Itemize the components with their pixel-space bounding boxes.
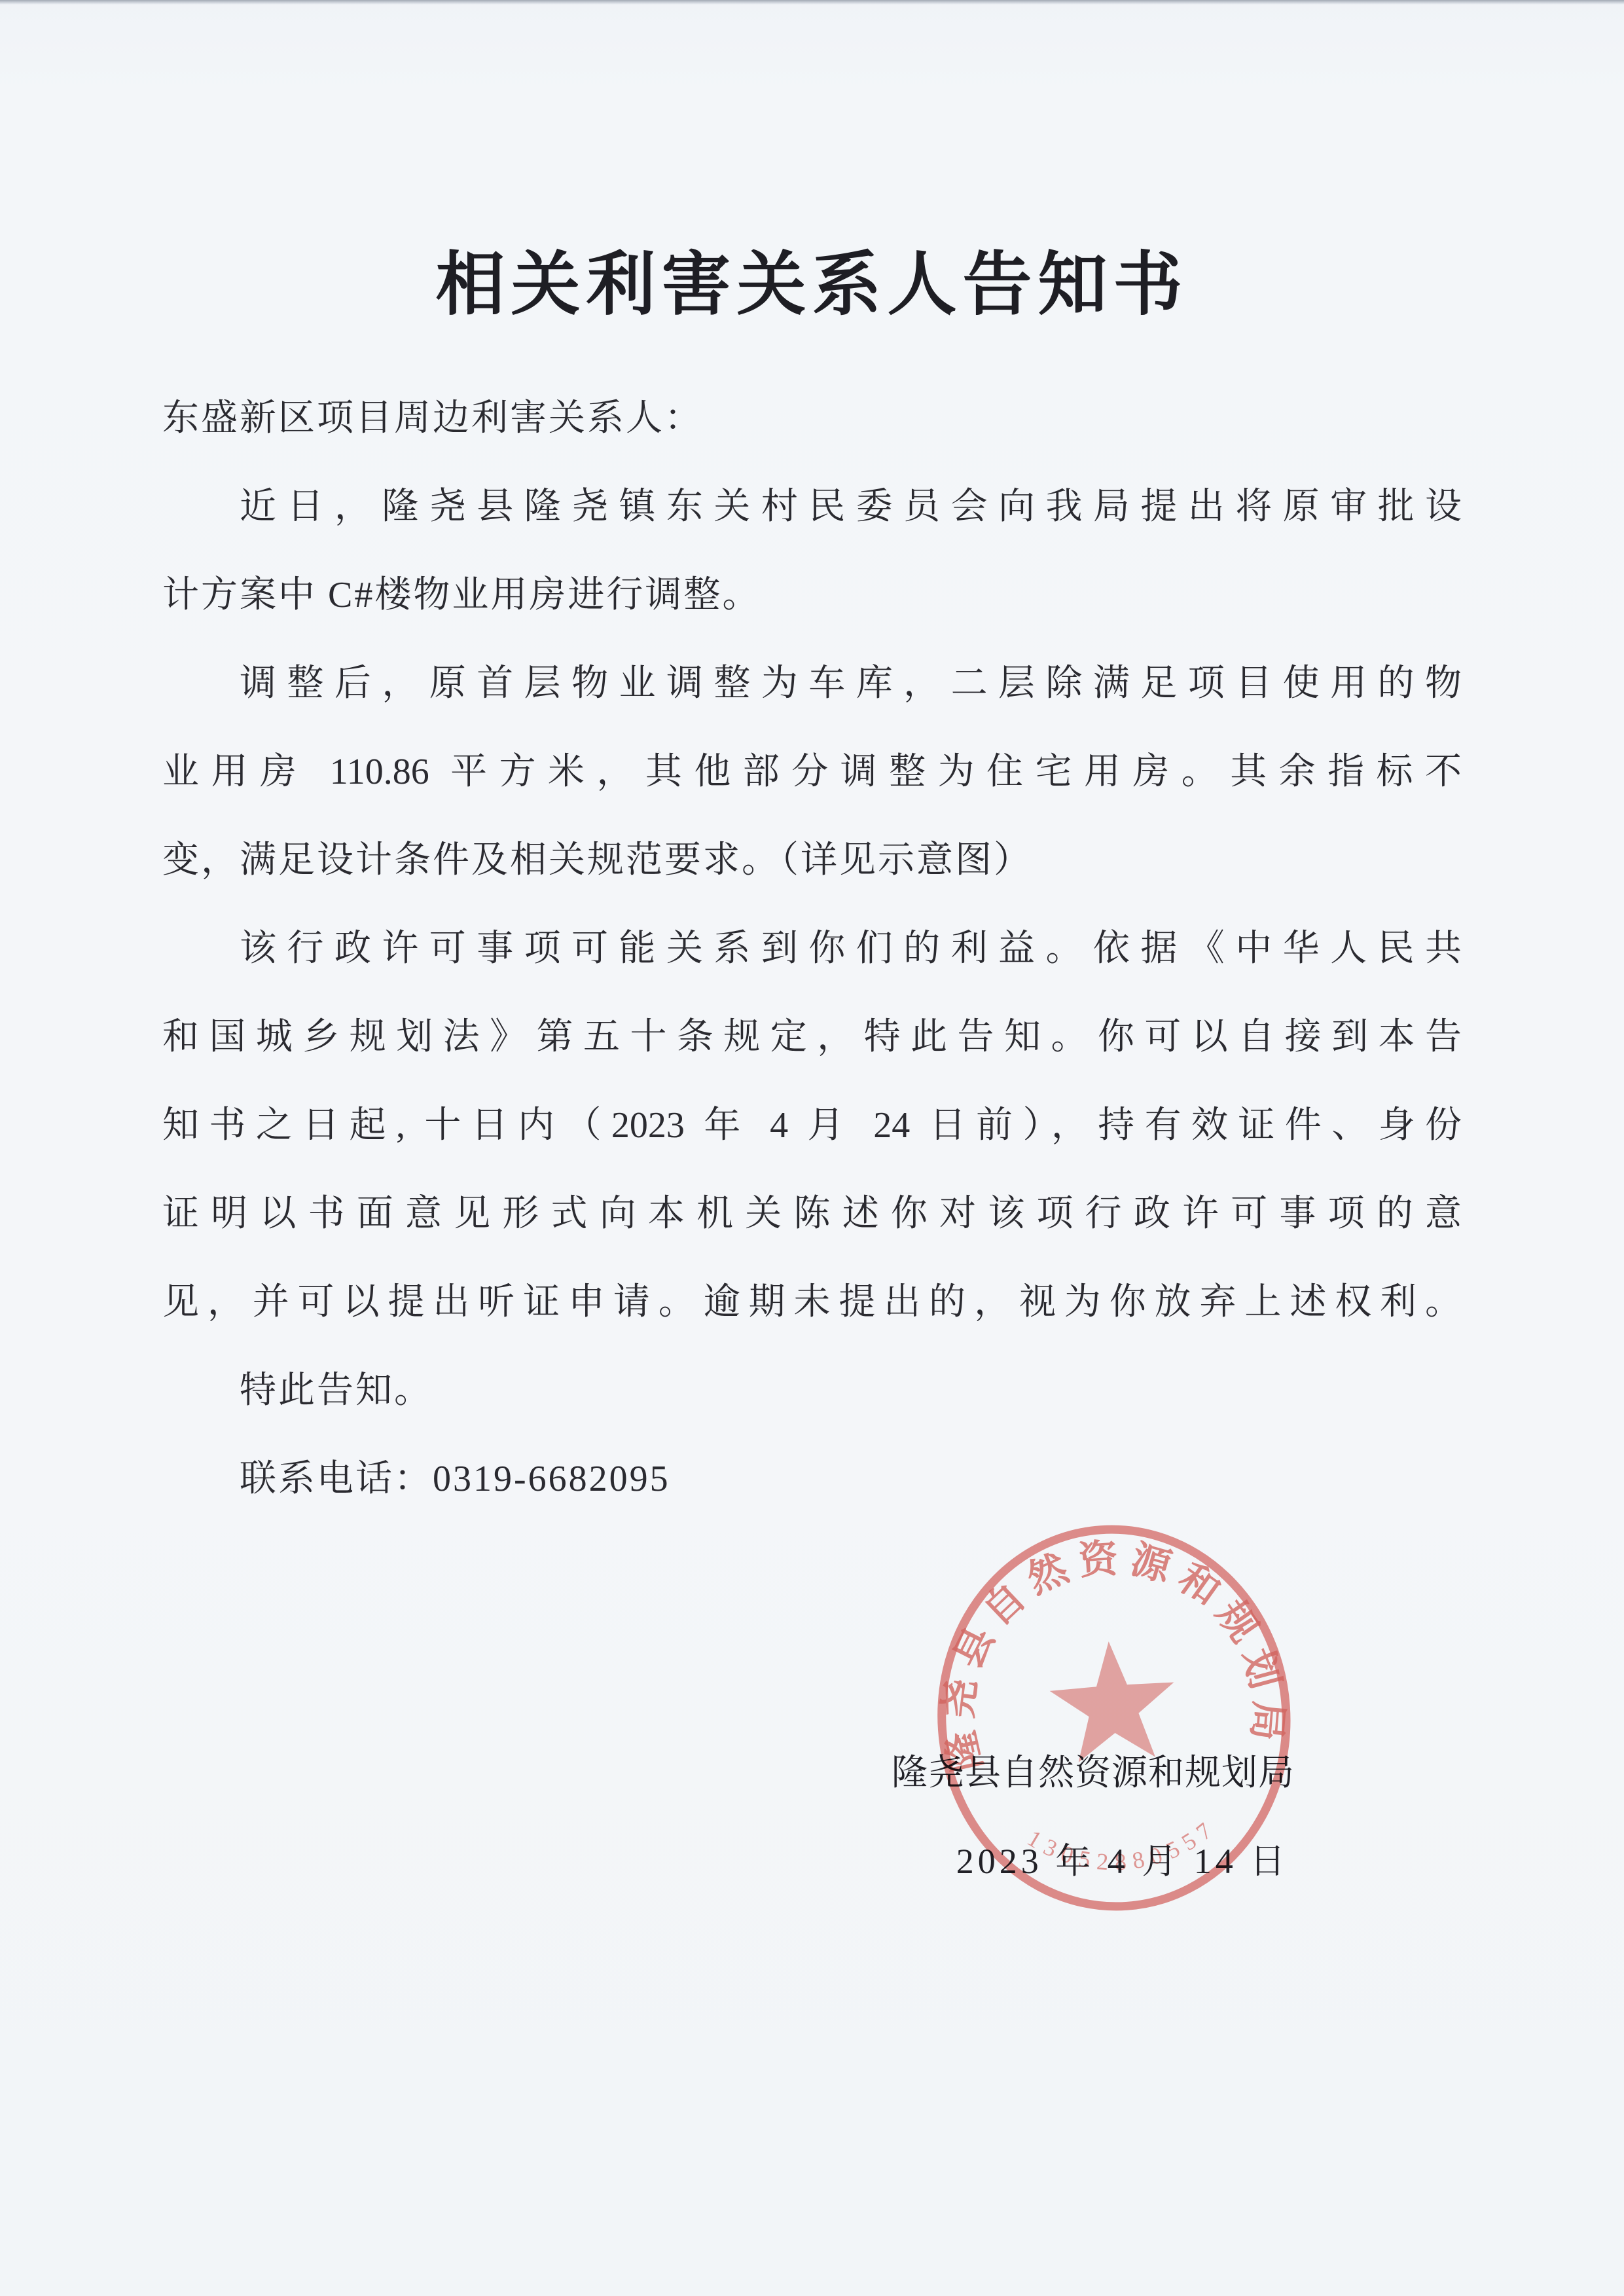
body-line: 变，满足设计条件及相关规范要求。（详见示意图） — [162, 816, 1462, 905]
star-icon — [1047, 1637, 1179, 1764]
closing-line: 特此告知。 — [162, 1347, 1462, 1435]
body-line: 和国城乡规划法》第五十条规定，特此告知。你可以自接到本告 — [162, 993, 1462, 1082]
signature-date: 2023 年 4 月 14 日 — [929, 1838, 1316, 1884]
body-line: 计方案中 C#楼物业用房进行调整。 — [162, 551, 1462, 640]
document-title: 相关利害关系人告知书 — [0, 246, 1624, 325]
signature-agency: 隆尧县自然资源和规划局 — [871, 1747, 1316, 1799]
salutation-line: 东盛新区项目周边利害关系人： — [162, 374, 1462, 463]
signature-block: 隆尧县自然资源和规划局 2023 年 4 月 14 日 — [871, 1747, 1316, 1884]
document-page: 相关利害关系人告知书 东盛新区项目周边利害关系人： 近日，隆尧县隆尧镇东关村民委… — [0, 0, 1624, 2296]
body-line: 知书之日起, 十日内（2023 年 4 月 24 日前），持有效证件、身份 — [162, 1082, 1462, 1170]
body-line: 该行政许可事项可能关系到你们的利益。依据《中华人民共 — [162, 905, 1462, 993]
document-body: 东盛新区项目周边利害关系人： 近日，隆尧县隆尧镇东关村民委员会向我局提出将原审批… — [162, 374, 1462, 1523]
body-line: 证明以书面意见形式向本机关陈述你对该项行政许可事项的意 — [162, 1170, 1462, 1258]
body-line: 业用房 110.86 平方米，其他部分调整为住宅用房。其余指标不 — [162, 728, 1462, 816]
scan-edge — [0, 0, 1624, 5]
body-line: 见，并可以提出听证申请。逾期未提出的，视为你放弃上述权利。 — [162, 1258, 1462, 1347]
body-line: 近日，隆尧县隆尧镇东关村民委员会向我局提出将原审批设 — [162, 463, 1462, 551]
body-line: 调整后，原首层物业调整为车库，二层除满足项目使用的物 — [162, 640, 1462, 728]
